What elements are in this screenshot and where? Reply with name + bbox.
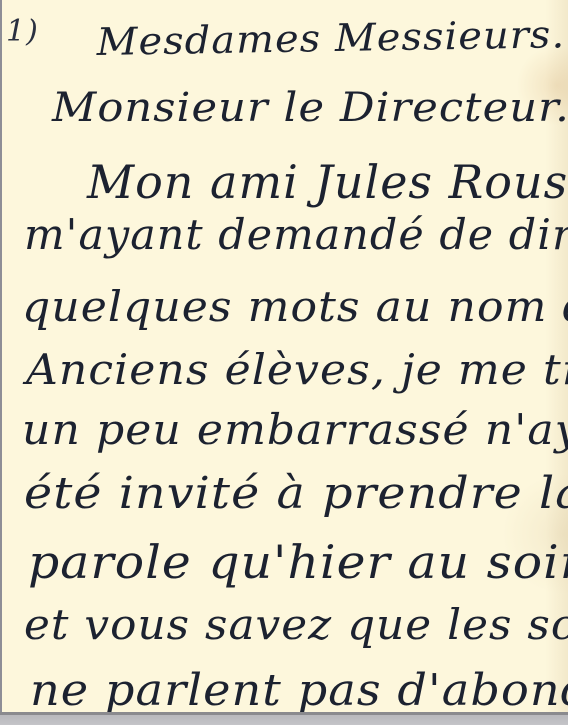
body-line-3: quelques mots au nom des xyxy=(22,282,568,331)
body-line-8: et vous savez que les sculpteurs xyxy=(24,600,568,649)
body-line-5: un peu embarrassé n'ayant xyxy=(22,405,568,454)
margin-stamp xyxy=(9,70,17,200)
body-line-7: parole qu'hier au soir xyxy=(28,535,568,589)
bottom-frame-band xyxy=(0,712,568,725)
body-line-2: m'ayant demandé de dire xyxy=(24,210,568,259)
letter-page: 1) Mesdames Messieurs. Monsieur le Direc… xyxy=(2,0,568,712)
salutation-line-2: Monsieur le Directeur. xyxy=(52,85,568,131)
salutation-line-1: Mesdames Messieurs. xyxy=(96,12,565,64)
body-line-1: Mon ami Jules Rousin xyxy=(87,155,568,209)
body-line-9: ne parlent pas d'abondance xyxy=(30,665,568,712)
page-marker: 1) xyxy=(6,14,39,49)
body-line-4: Anciens élèves, je me trouve xyxy=(26,345,568,394)
body-line-6: été invité à prendre la xyxy=(24,468,568,519)
